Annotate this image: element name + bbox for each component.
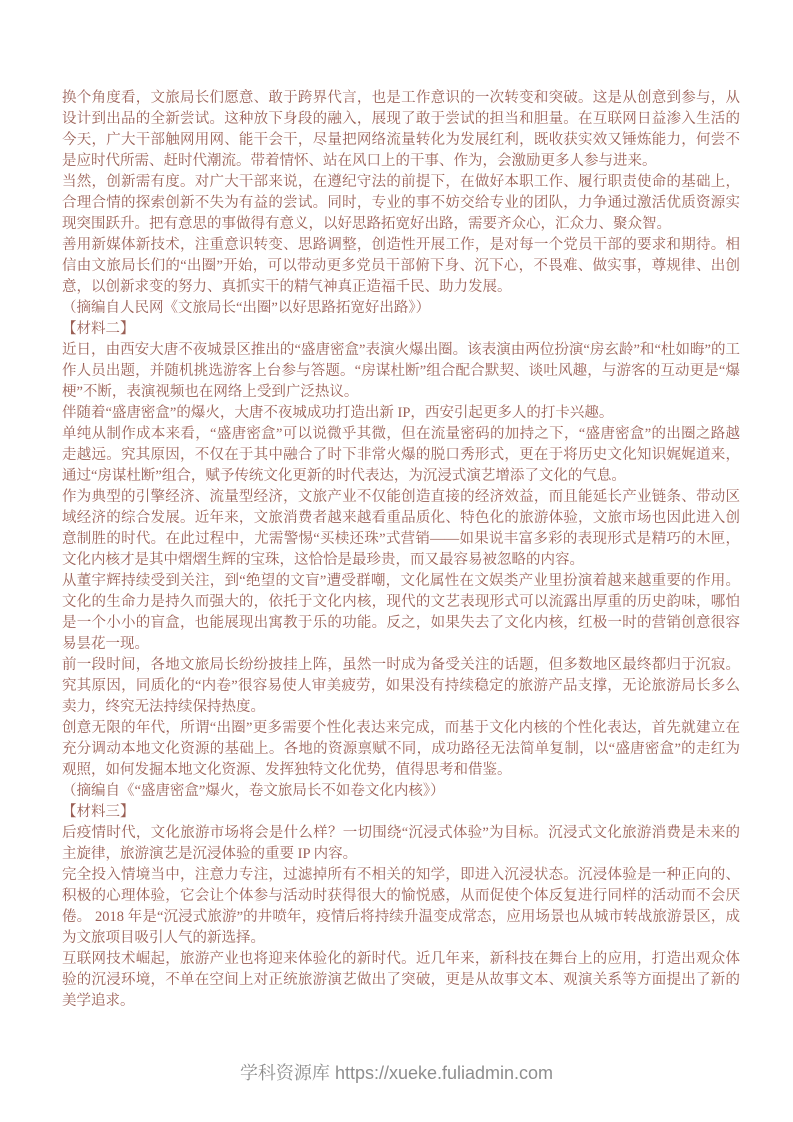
footer-url: https://xueke.fuliadmin.com xyxy=(335,1063,553,1083)
paragraph-material3-3: 互联网技术崛起，旅游产业也将迎来体验化的新时代。近几年来，新科技在舞台上的应用，… xyxy=(62,949,740,1012)
paragraph-material2-3: 单纯从制作成本来看，“盛唐密盒”可以说微乎其微，但在流量密码的加持之下，“盛唐密… xyxy=(62,424,740,487)
paragraph-material2-5: 从董宇辉持续受到关注，到“绝望的文盲”遭受群嘲，文化属性在文娱类产业里扮演着越来… xyxy=(62,571,740,655)
paragraph-material1-1: 换个角度看，文旅局长们愿意、敢于跨界代言，也是工作意识的一次转变和突破。这是从创… xyxy=(62,88,740,172)
citation-material-2: （摘编自《“盛唐密盒”爆火，卷文旅局长不如卷文化内核》） xyxy=(62,781,740,802)
paragraph-material2-1: 近日，由西安大唐不夜城景区推出的“盛唐密盒”表演火爆出圈。该表演由两位扮演“房玄… xyxy=(62,340,740,403)
paragraph-material1-3: 善用新媒体新技术，注重意识转变、思路调整，创造性开展工作，是对每一个党员干部的要… xyxy=(62,235,740,298)
document-page: 换个角度看，文旅局长们愿意、敢于跨界代言，也是工作意识的一次转变和突破。这是从创… xyxy=(62,88,740,1012)
citation-material-1: （摘编自人民网《文旅局长“出圈”以好思路拓宽好出路》） xyxy=(62,298,740,319)
footer-watermark: 学科资源库 https://xueke.fuliadmin.com xyxy=(0,1058,793,1088)
heading-material-3: 【材料三】 xyxy=(62,802,740,823)
paragraph-material2-2: 伴随着“盛唐密盒”的爆火，大唐不夜城成功打造出新 IP，西安引起更多人的打卡兴趣… xyxy=(62,403,740,424)
paragraph-material3-2: 完全投入情境当中，注意力专注，过滤掉所有不相关的知学，即进入沉浸状态。沉浸体验是… xyxy=(62,865,740,949)
paragraph-material3-1: 后疫情时代，文化旅游市场将会是什么样？一切围绕“沉浸式体验”为目标。沉浸式文化旅… xyxy=(62,823,740,865)
paragraph-material2-7: 创意无限的年代，所谓“出圈”更多需要个性化表达来完成，而基于文化内核的个性化表达… xyxy=(62,718,740,781)
heading-material-2: 【材料二】 xyxy=(62,319,740,340)
paragraph-material2-4: 作为典型的引擎经济、流量型经济，文旅产业不仅能创造直接的经济效益，而且能延长产业… xyxy=(62,487,740,571)
footer-site-name: 学科资源库 xyxy=(240,1063,330,1083)
paragraph-material2-6: 前一段时间，各地文旅局长纷纷披挂上阵，虽然一时成为备受关注的话题，但多数地区最终… xyxy=(62,655,740,718)
paragraph-material1-2: 当然，创新需有度。对广大干部来说，在遵纪守法的前提下，在做好本职工作、履行职责使… xyxy=(62,172,740,235)
